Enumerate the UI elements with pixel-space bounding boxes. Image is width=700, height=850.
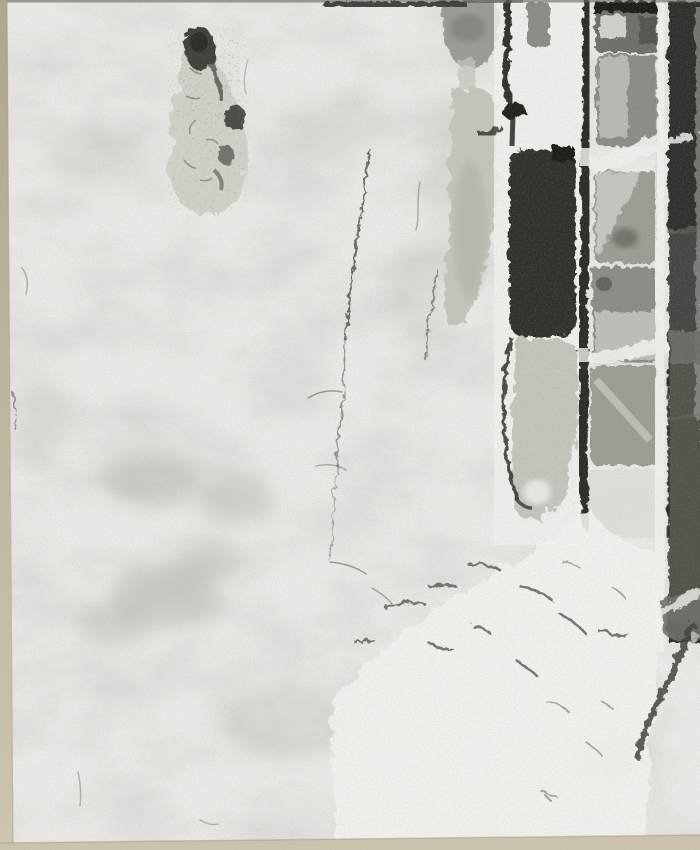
wall-photo-canvas <box>0 0 700 850</box>
grain-texture <box>0 0 700 850</box>
wall-photograph <box>0 0 700 850</box>
